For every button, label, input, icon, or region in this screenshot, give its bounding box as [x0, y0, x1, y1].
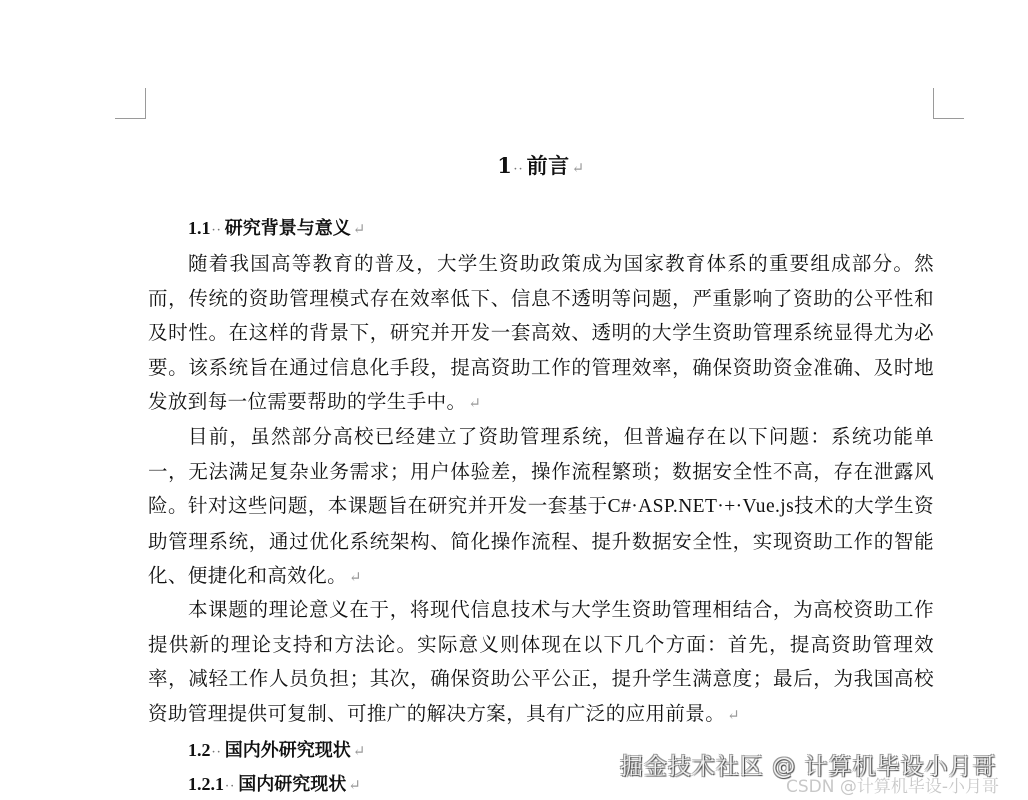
paragraph-text: 随着我国高等教育的普及，大学生资助政策成为国家教育体系的重要组成部分。然而，传统…	[148, 252, 934, 413]
chapter-heading[interactable]: 1··前言↵	[148, 152, 934, 184]
paragraph-text: 本课题的理论意义在于，将现代信息技术与大学生资助管理相结合，为高校资助工作提供新…	[148, 598, 934, 725]
paragraph-mark-icon: ↵	[353, 742, 366, 760]
section-title: 国内研究现状	[238, 774, 346, 795]
paragraph-mark-icon: ↵	[349, 568, 362, 586]
paragraph-mark-icon: ↵	[572, 159, 585, 177]
section-heading-1-2-1[interactable]: 1.2.1··国内研究现状↵	[188, 771, 361, 800]
section-title: 国内外研究现状	[225, 740, 351, 761]
chapter-title: 前言	[527, 153, 570, 178]
section-number: 1.2.1	[188, 774, 224, 794]
paragraph-mark-icon: ↵	[353, 220, 366, 238]
section-heading-1-2[interactable]: 1.2··国内外研究现状↵	[188, 737, 365, 766]
section-number: 1.2	[188, 740, 211, 760]
paragraph-mark-icon: ↵	[727, 706, 740, 724]
csdn-watermark: CSDN @计算机毕设-小月哥	[786, 772, 999, 797]
paragraph-mark-icon: ↵	[468, 394, 481, 412]
section-number: 1.1	[188, 218, 211, 238]
tech-stack-text: C#·ASP.NET·+·Vue.js	[608, 496, 794, 517]
crop-mark-top-left	[115, 88, 146, 119]
section-heading-1-1[interactable]: 1.1··研究背景与意义↵	[188, 215, 365, 244]
space-marks: ··	[513, 162, 523, 177]
space-marks: ··	[225, 779, 235, 794]
section-title: 研究背景与意义	[225, 218, 351, 239]
body-paragraph-1[interactable]: 随着我国高等教育的普及，大学生资助政策成为国家教育体系的重要组成部分。然而，传统…	[148, 247, 934, 421]
body-paragraph-2[interactable]: 目前，虽然部分高校已经建立了资助管理系统，但普遍存在以下问题：系统功能单一，无法…	[148, 420, 934, 595]
space-marks: ··	[212, 223, 222, 238]
body-paragraph-3[interactable]: 本课题的理论意义在于，将现代信息技术与大学生资助管理相结合，为高校资助工作提供新…	[148, 593, 934, 732]
space-marks: ··	[212, 745, 222, 760]
paragraph-mark-icon: ↵	[348, 776, 361, 794]
crop-mark-top-right	[933, 88, 964, 119]
chapter-number: 1	[497, 153, 512, 178]
